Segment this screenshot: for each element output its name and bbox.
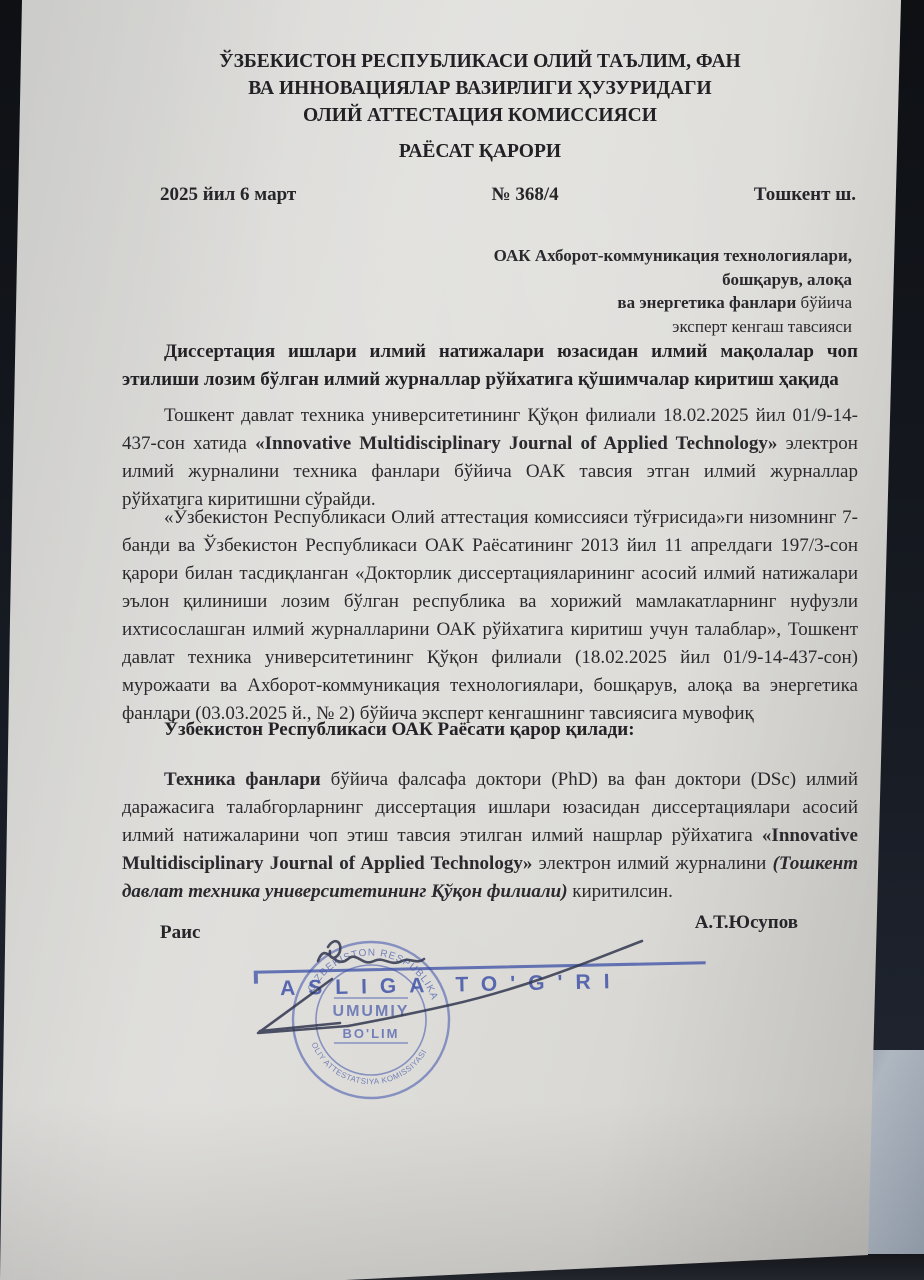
addressee-line: ва энергетика фанлари бўйича: [372, 291, 852, 315]
addressee-line: ОАК Ахборот-коммуникация технологиялари,: [372, 244, 852, 268]
document-number: № 368/4: [492, 184, 559, 206]
handwritten-signature: [200, 895, 700, 1095]
chairman-name: А.Т.Юсупов: [695, 912, 858, 944]
document-type-title: РАЁСАТ ҚАРОРИ: [112, 138, 848, 165]
addressee-block: ОАК Ахборот-коммуникация технологиялари,…: [372, 244, 852, 338]
letterhead: ЎЗБЕКИСТОН РЕСПУБЛИКАСИ ОЛИЙ ТАЪЛИМ, ФАН…: [112, 48, 848, 165]
document-date: 2025 йил 6 март: [122, 184, 296, 206]
letterhead-line-3: ОЛИЙ АТТЕСТАЦИЯ КОМИССИЯСИ: [112, 102, 848, 129]
decree-statement: Ўзбекистон Республикаси ОАК Раёсати қаро…: [122, 716, 858, 744]
photo-of-document: ЎЗБЕКИСТОН РЕСПУБЛИКАСИ ОЛИЙ ТАЪЛИМ, ФАН…: [0, 0, 924, 1280]
letterhead-line-2: ВА ИННОВАЦИЯЛАР ВАЗИРЛИГИ ҲУЗУРИДАГИ: [112, 75, 848, 102]
body-paragraph-1: Тошкент давлат техника университетининг …: [122, 402, 858, 514]
document-sheet: ЎЗБЕКИСТОН РЕСПУБЛИКАСИ ОЛИЙ ТАЪЛИМ, ФАН…: [0, 0, 924, 1280]
body-paragraph-3: Техника фанлари бўйича фалсафа доктори (…: [122, 766, 858, 906]
meta-row: 2025 йил 6 март № 368/4 Тошкент ш.: [122, 184, 858, 206]
letterhead-line-1: ЎЗБЕКИСТОН РЕСПУБЛИКАСИ ОЛИЙ ТАЪЛИМ, ФАН: [112, 48, 848, 75]
body-paragraph-2: «Ўзбекистон Республикаси Олий аттестация…: [122, 504, 858, 728]
addressee-line: эксперт кенгаш тавсияси: [372, 315, 852, 339]
addressee-line: бошқарув, алоқа: [372, 268, 852, 292]
subject-paragraph: Диссертация ишлари илмий натижалари юзас…: [122, 338, 858, 394]
document-city: Тошкент ш.: [754, 184, 858, 206]
chairman-title: Раис: [122, 912, 201, 944]
